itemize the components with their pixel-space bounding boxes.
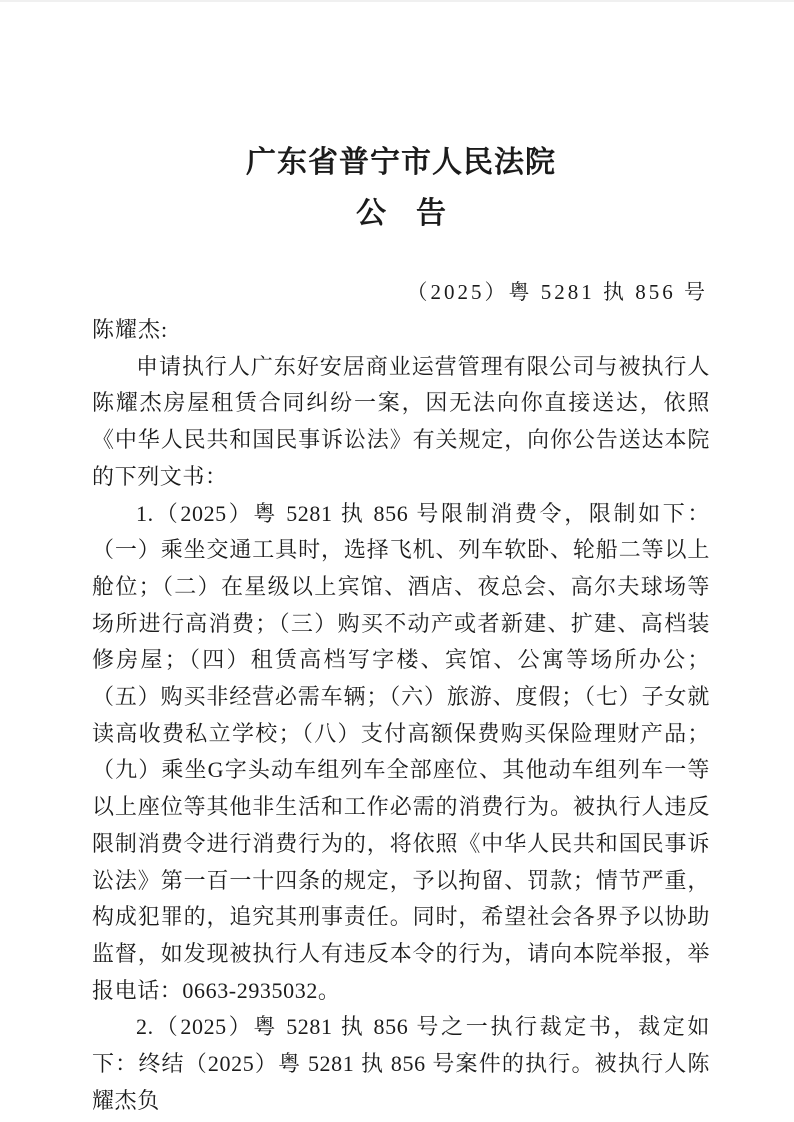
paragraph-item-2: 2.（2025）粤 5281 执 856 号之一执行裁定书，裁定如下：终结（20… [92,1009,710,1119]
addressee: 陈耀杰: [92,312,710,349]
case-number: （2025）粤 5281 执 856 号 [92,274,710,310]
court-name: 广东省普宁市人民法院 [92,145,710,181]
paragraph-intro: 申请执行人广东好安居商业运营管理有限公司与被执行人陈耀杰房屋租赁合同纠纷一案，因… [92,349,710,496]
paragraph-item-1: 1.（2025）粤 5281 执 856 号限制消费令，限制如下：（一）乘坐交通… [92,496,710,1010]
notice-page: 广东省普宁市人民法院 公 告 （2025）粤 5281 执 856 号 陈耀杰:… [0,0,794,1122]
notice-title: 公 告 [92,196,710,232]
